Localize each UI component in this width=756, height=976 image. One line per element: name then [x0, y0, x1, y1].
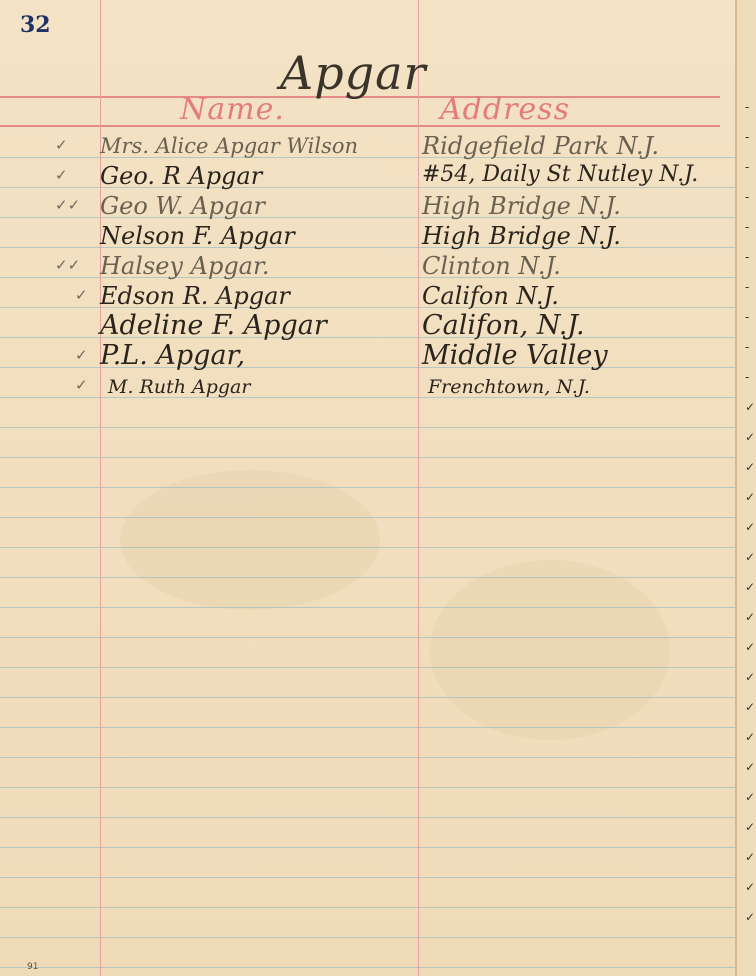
margin-tick-icon: - [745, 160, 749, 174]
name-cell: Geo W. Apgar [100, 192, 418, 220]
name-cell: Edson R. Apgar [100, 282, 418, 310]
table-row: ✓ Edson R. Apgar Califon N.J. [0, 280, 756, 310]
name-cell: P.L. Apgar, [100, 340, 418, 371]
address-cell: Ridgefield Park N.J. [422, 132, 734, 160]
name-cell: Halsey Apgar. [100, 252, 418, 280]
ruled-line [0, 847, 756, 848]
margin-tick-icon: ✓ [745, 580, 755, 594]
margin-tick-icon: - [745, 190, 749, 204]
margin-tick-icon: ✓ [745, 460, 755, 474]
paper-stain [430, 560, 670, 740]
ruled-line [0, 487, 756, 488]
margin-tick-icon: ✓ [745, 820, 755, 834]
ruled-line [0, 697, 756, 698]
check-mark-icon: ✓ [75, 346, 88, 364]
ledger-page: 32 Apgar Name. Address ✓ Mrs. Alice Apga… [0, 0, 756, 976]
table-row: Nelson F. Apgar High Bridge N.J. [0, 220, 756, 250]
margin-tick-icon: ✓ [745, 700, 755, 714]
margin-tick-icon: ✓ [745, 790, 755, 804]
ruled-line [0, 547, 756, 548]
surname-heading: Apgar [280, 46, 427, 100]
table-row: ✓✓ Geo W. Apgar High Bridge N.J. [0, 190, 756, 220]
header-rule-bottom [0, 125, 720, 127]
ruled-line [0, 727, 756, 728]
ruled-line [0, 577, 756, 578]
ruled-line [0, 637, 756, 638]
margin-tick-icon: ✓ [745, 640, 755, 654]
margin-tick-icon: - [745, 310, 749, 324]
name-cell: M. Ruth Apgar [108, 376, 426, 398]
ruled-line [0, 607, 756, 608]
name-cell: Mrs. Alice Apgar Wilson [100, 134, 418, 158]
address-cell: Califon, N.J. [422, 310, 734, 341]
ruled-line [0, 817, 756, 818]
margin-tick-icon: - [745, 250, 749, 264]
check-mark-icon: ✓ [75, 376, 88, 394]
ruled-line [0, 937, 756, 938]
name-cell: Adeline F. Apgar [100, 310, 418, 341]
address-cell: Califon N.J. [422, 282, 734, 310]
margin-tick-icon: ✓ [745, 520, 755, 534]
margin-tick-icon: ✓ [745, 880, 755, 894]
margin-tick-icon: - [745, 100, 749, 114]
name-cell: Nelson F. Apgar [100, 222, 418, 250]
ruled-line [0, 877, 756, 878]
margin-tick-icon: - [745, 220, 749, 234]
ruled-line [0, 517, 756, 518]
check-mark-icon: ✓✓ [55, 196, 80, 214]
column-header-name: Name. [180, 92, 285, 127]
corner-mark: 91 [27, 962, 38, 972]
margin-tick-icon: ✓ [745, 430, 755, 444]
table-row: ✓ P.L. Apgar, Middle Valley [0, 340, 756, 370]
page-number: 32 [20, 12, 51, 38]
ruled-line [0, 757, 756, 758]
margin-tick-icon: ✓ [745, 850, 755, 864]
margin-tick-icon: ✓ [745, 400, 755, 414]
address-cell: Middle Valley [422, 340, 734, 371]
name-cell: Geo. R Apgar [100, 162, 418, 190]
ruled-line [0, 787, 756, 788]
margin-tick-icon: ✓ [745, 730, 755, 744]
margin-tick-icon: ✓ [745, 550, 755, 564]
margin-tick-icon: - [745, 340, 749, 354]
table-row: ✓✓ Halsey Apgar. Clinton N.J. [0, 250, 756, 280]
paper-stain [120, 470, 380, 610]
column-header-address: Address [440, 92, 570, 127]
margin-tick-icon: ✓ [745, 610, 755, 624]
ruled-line [0, 907, 756, 908]
check-mark-icon: ✓✓ [55, 256, 80, 274]
table-row: ✓ Geo. R Apgar #54, Daily St Nutley N.J. [0, 160, 756, 190]
check-mark-icon: ✓ [55, 136, 68, 154]
address-cell: High Bridge N.J. [422, 222, 734, 250]
address-cell: Frenchtown, N.J. [428, 376, 740, 398]
table-row: ✓ Mrs. Alice Apgar Wilson Ridgefield Par… [0, 130, 756, 160]
table-row: ✓ M. Ruth Apgar Frenchtown, N.J. [0, 370, 756, 400]
table-row: Adeline F. Apgar Califon, N.J. [0, 310, 756, 340]
check-mark-icon: ✓ [75, 286, 88, 304]
ruled-line [0, 667, 756, 668]
margin-tick-icon: ✓ [745, 910, 755, 924]
address-cell: Clinton N.J. [422, 252, 734, 280]
check-mark-icon: ✓ [55, 166, 68, 184]
margin-tick-icon: ✓ [745, 760, 755, 774]
margin-tick-icon: ✓ [745, 490, 755, 504]
address-cell: #54, Daily St Nutley N.J. [422, 162, 734, 187]
margin-tick-icon: - [745, 280, 749, 294]
margin-tick-icon: - [745, 130, 749, 144]
margin-tick-icon: - [745, 370, 749, 384]
margin-tick-icon: ✓ [745, 670, 755, 684]
ruled-line [0, 967, 756, 968]
ruled-line [0, 457, 756, 458]
address-cell: High Bridge N.J. [422, 192, 734, 220]
ruled-line [0, 427, 756, 428]
